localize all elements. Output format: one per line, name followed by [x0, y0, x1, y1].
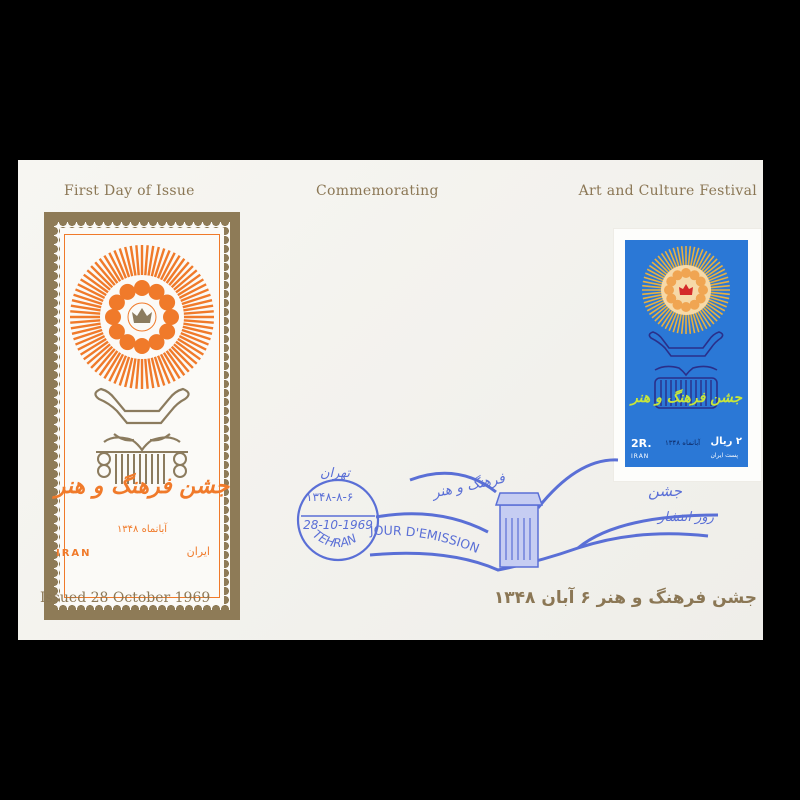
cachet-date: آبانماه ۱۳۴۸: [44, 524, 240, 535]
stamp-design: جشن فرهنگ و هنر 2R. آبانماه ۱۳۴۸ ۲ ریال …: [625, 240, 748, 467]
postmark-jour-text: JOUR D'EMISSION: [369, 523, 482, 556]
stamp-country-fa: پست ایران: [710, 452, 738, 459]
first-day-cover-envelope: First Day of Issue Commemorating Art and…: [18, 160, 763, 640]
stamp-title-persian: جشن فرهنگ و هنر: [625, 390, 748, 406]
svg-text:JOUR D'EMISSION: JOUR D'EMISSION: [369, 523, 482, 556]
stamp-emblem-icon: [625, 240, 748, 467]
stamp-country-en: IRAN: [631, 453, 649, 460]
cachet-illustration: جشن فرهنگ و هنر آبانماه ۱۳۴۸ IRAN ایران: [44, 212, 240, 620]
postmark-date-fa: ۱۳۴۸-۸-۶: [306, 490, 353, 504]
postmark-banner-fa: فرهنگ و هنر: [431, 471, 506, 502]
header-commemorating: Commemorating: [316, 183, 439, 199]
postmark-right-fa-top: جشن: [648, 482, 682, 500]
postmark-date-en: 28-10-1969: [303, 518, 373, 532]
postmark-city-fa: تهران: [320, 466, 350, 481]
header-first-day: First Day of Issue: [64, 183, 195, 199]
footer-issue-date-persian: جشن فرهنگ و هنر ۶ آبان ۱۳۴۸: [494, 588, 757, 608]
cachet-title-persian: جشن فرهنگ و هنر: [44, 474, 240, 499]
header-festival: Art and Culture Festival: [579, 183, 757, 199]
stamp-value-fa: ۲ ریال: [710, 436, 742, 447]
stamp-date: آبانماه ۱۳۴۸: [665, 439, 700, 447]
postmark-right-fa-bottom: روز انتشار: [658, 510, 714, 525]
postmark-city-en: TEHRAN: [310, 527, 359, 550]
svg-text:TEHRAN: TEHRAN: [310, 527, 359, 550]
cachet-country-fa: ایران: [187, 545, 210, 558]
stamp-value-en: 2R.: [631, 437, 652, 450]
postage-stamp: جشن فرهنگ و هنر 2R. آبانماه ۱۳۴۸ ۲ ریال …: [614, 229, 761, 481]
cachet-country-en: IRAN: [56, 548, 92, 559]
footer-issue-date: Issued 28 October 1969: [40, 590, 210, 606]
